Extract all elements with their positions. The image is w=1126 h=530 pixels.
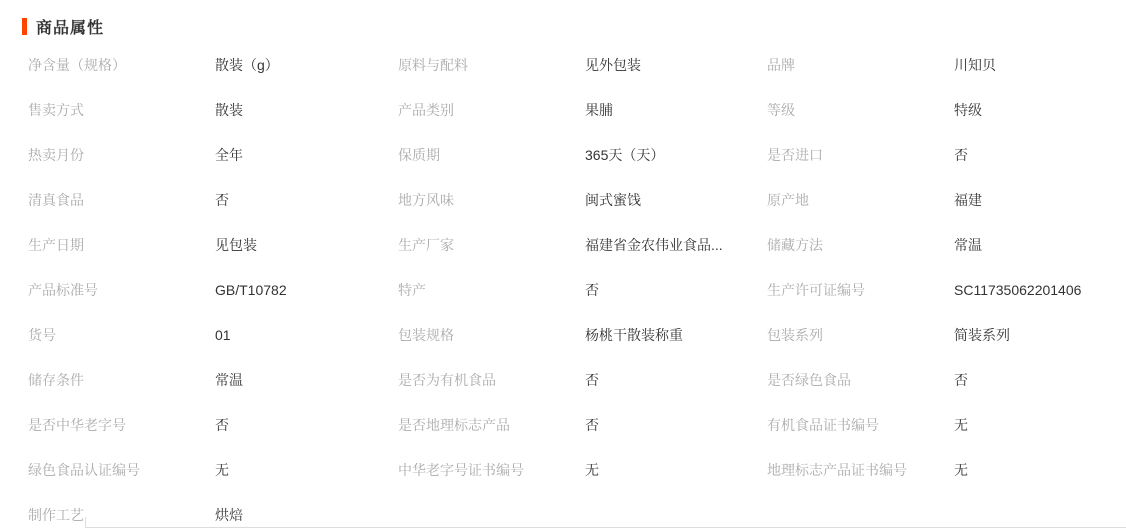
attribute-value: 散装 — [215, 100, 243, 120]
attribute-value: 01 — [215, 327, 231, 343]
section-title: 商品属性 — [36, 15, 104, 38]
attribute-value: 全年 — [215, 145, 243, 165]
attribute-value: 否 — [215, 415, 229, 435]
attribute-pair: 包装规格 杨桃干散装称重 — [398, 325, 767, 345]
attribute-label: 原产地 — [767, 190, 954, 210]
attribute-row: 产品标准号 GB/T10782 特产 否 生产许可证编号 SC117350622… — [28, 267, 1126, 312]
attribute-label: 生产许可证编号 — [767, 280, 954, 300]
attribute-value: 无 — [954, 415, 968, 435]
attribute-row: 生产日期 见包装 生产厂家 福建省金农伟业食品... 储藏方法 常温 — [28, 222, 1126, 267]
attribute-pair: 售卖方式 散装 — [28, 100, 398, 120]
section-header: 商品属性 — [0, 0, 1126, 42]
attribute-value: SC11735062201406 — [954, 282, 1081, 298]
attribute-value: 常温 — [954, 235, 982, 255]
attribute-value: 简装系列 — [954, 325, 1010, 345]
attribute-pair: 清真食品 否 — [28, 190, 398, 210]
attribute-label: 生产日期 — [28, 235, 215, 255]
product-attributes-section: 商品属性 净含量（规格） 散装（g） 原料与配料 见外包装 品牌 川知贝 售卖方… — [0, 0, 1126, 530]
attribute-label: 货号 — [28, 325, 215, 345]
attribute-value: 365天（天） — [585, 145, 664, 165]
attribute-row: 制作工艺 烘焙 — [28, 492, 1126, 530]
attribute-label: 有机食品证书编号 — [767, 415, 954, 435]
attribute-value: 无 — [585, 460, 599, 480]
attribute-label: 净含量（规格） — [28, 55, 215, 75]
attribute-label: 等级 — [767, 100, 954, 120]
attribute-value: 无 — [954, 460, 968, 480]
attribute-value: 常温 — [215, 370, 243, 390]
attribute-label: 制作工艺 — [28, 505, 215, 525]
attribute-label: 生产厂家 — [398, 235, 585, 255]
attribute-label: 是否进口 — [767, 145, 954, 165]
attribute-pair: 货号 01 — [28, 325, 398, 345]
attribute-label: 产品标准号 — [28, 280, 215, 300]
attribute-pair: 产品标准号 GB/T10782 — [28, 280, 398, 300]
attribute-pair: 保质期 365天（天） — [398, 145, 767, 165]
attribute-label: 包装系列 — [767, 325, 954, 345]
attribute-pair: 等级 特级 — [767, 100, 1126, 120]
attribute-label: 地理标志产品证书编号 — [767, 460, 954, 480]
attribute-value: 果脯 — [585, 100, 613, 120]
attribute-pair: 地方风味 闽式蜜饯 — [398, 190, 767, 210]
attribute-pair: 地理标志产品证书编号 无 — [767, 460, 1126, 480]
attribute-pair: 生产厂家 福建省金农伟业食品... — [398, 235, 767, 255]
attribute-value: 烘焙 — [215, 505, 243, 525]
attribute-label: 保质期 — [398, 145, 585, 165]
attribute-pair: 绿色食品认证编号 无 — [28, 460, 398, 480]
attribute-label: 特产 — [398, 280, 585, 300]
attribute-pair: 制作工艺 烘焙 — [28, 505, 398, 525]
attributes-table: 净含量（规格） 散装（g） 原料与配料 见外包装 品牌 川知贝 售卖方式 散装 … — [0, 42, 1126, 530]
attribute-value: 无 — [215, 460, 229, 480]
attribute-row: 清真食品 否 地方风味 闽式蜜饯 原产地 福建 — [28, 177, 1126, 222]
attribute-value: 否 — [585, 415, 599, 435]
attribute-label: 是否绿色食品 — [767, 370, 954, 390]
attribute-label: 清真食品 — [28, 190, 215, 210]
attribute-pair: 净含量（规格） 散装（g） — [28, 55, 398, 75]
attribute-value: 散装（g） — [215, 55, 279, 75]
attribute-row: 储存条件 常温 是否为有机食品 否 是否绿色食品 否 — [28, 357, 1126, 402]
attribute-label: 是否地理标志产品 — [398, 415, 585, 435]
section-accent-bar — [22, 18, 27, 35]
attribute-label: 是否中华老字号 — [28, 415, 215, 435]
attribute-pair: 是否为有机食品 否 — [398, 370, 767, 390]
attribute-row: 绿色食品认证编号 无 中华老字号证书编号 无 地理标志产品证书编号 无 — [28, 447, 1126, 492]
attribute-label: 包装规格 — [398, 325, 585, 345]
attribute-value: 杨桃干散装称重 — [585, 325, 683, 345]
attribute-pair: 品牌 川知贝 — [767, 55, 1126, 75]
attribute-value: 闽式蜜饯 — [585, 190, 641, 210]
attribute-pair: 是否地理标志产品 否 — [398, 415, 767, 435]
attribute-pair: 中华老字号证书编号 无 — [398, 460, 767, 480]
attribute-label: 售卖方式 — [28, 100, 215, 120]
attribute-label: 产品类别 — [398, 100, 585, 120]
attribute-pair: 原产地 福建 — [767, 190, 1126, 210]
attribute-pair: 是否绿色食品 否 — [767, 370, 1126, 390]
attribute-row: 售卖方式 散装 产品类别 果脯 等级 特级 — [28, 87, 1126, 132]
attribute-value: 否 — [215, 190, 229, 210]
attribute-row: 是否中华老字号 否 是否地理标志产品 否 有机食品证书编号 无 — [28, 402, 1126, 447]
attribute-pair: 生产许可证编号 SC11735062201406 — [767, 280, 1126, 300]
attribute-value: 否 — [954, 370, 968, 390]
attribute-label: 储藏方法 — [767, 235, 954, 255]
attribute-row: 净含量（规格） 散装（g） 原料与配料 见外包装 品牌 川知贝 — [28, 42, 1126, 87]
attribute-pair: 生产日期 见包装 — [28, 235, 398, 255]
attribute-label: 是否为有机食品 — [398, 370, 585, 390]
attribute-row: 热卖月份 全年 保质期 365天（天） 是否进口 否 — [28, 132, 1126, 177]
attribute-label: 原料与配料 — [398, 55, 585, 75]
attribute-label: 储存条件 — [28, 370, 215, 390]
attribute-pair: 热卖月份 全年 — [28, 145, 398, 165]
attribute-label: 绿色食品认证编号 — [28, 460, 215, 480]
attribute-pair: 包装系列 简装系列 — [767, 325, 1126, 345]
attribute-label: 热卖月份 — [28, 145, 215, 165]
attribute-value: 见外包装 — [585, 55, 641, 75]
attribute-value: 特级 — [954, 100, 982, 120]
attribute-value: 否 — [585, 370, 599, 390]
attribute-value: 否 — [954, 145, 968, 165]
attribute-pair: 储藏方法 常温 — [767, 235, 1126, 255]
attribute-pair: 产品类别 果脯 — [398, 100, 767, 120]
attribute-pair: 是否进口 否 — [767, 145, 1126, 165]
attribute-value: GB/T10782 — [215, 282, 287, 298]
attribute-pair: 特产 否 — [398, 280, 767, 300]
attribute-label: 地方风味 — [398, 190, 585, 210]
attribute-label: 品牌 — [767, 55, 954, 75]
attribute-value: 川知贝 — [954, 55, 996, 75]
attribute-value: 福建 — [954, 190, 982, 210]
attribute-value: 否 — [585, 280, 599, 300]
attribute-pair: 是否中华老字号 否 — [28, 415, 398, 435]
attribute-value manufacturer-value: 福建省金农伟业食品... — [585, 235, 723, 255]
attribute-pair: 有机食品证书编号 无 — [767, 415, 1126, 435]
attribute-pair: 原料与配料 见外包装 — [398, 55, 767, 75]
attribute-value: 见包装 — [215, 235, 257, 255]
section-divider — [85, 527, 1126, 528]
attribute-row: 货号 01 包装规格 杨桃干散装称重 包装系列 简装系列 — [28, 312, 1126, 357]
attribute-label: 中华老字号证书编号 — [398, 460, 585, 480]
attribute-pair: 储存条件 常温 — [28, 370, 398, 390]
